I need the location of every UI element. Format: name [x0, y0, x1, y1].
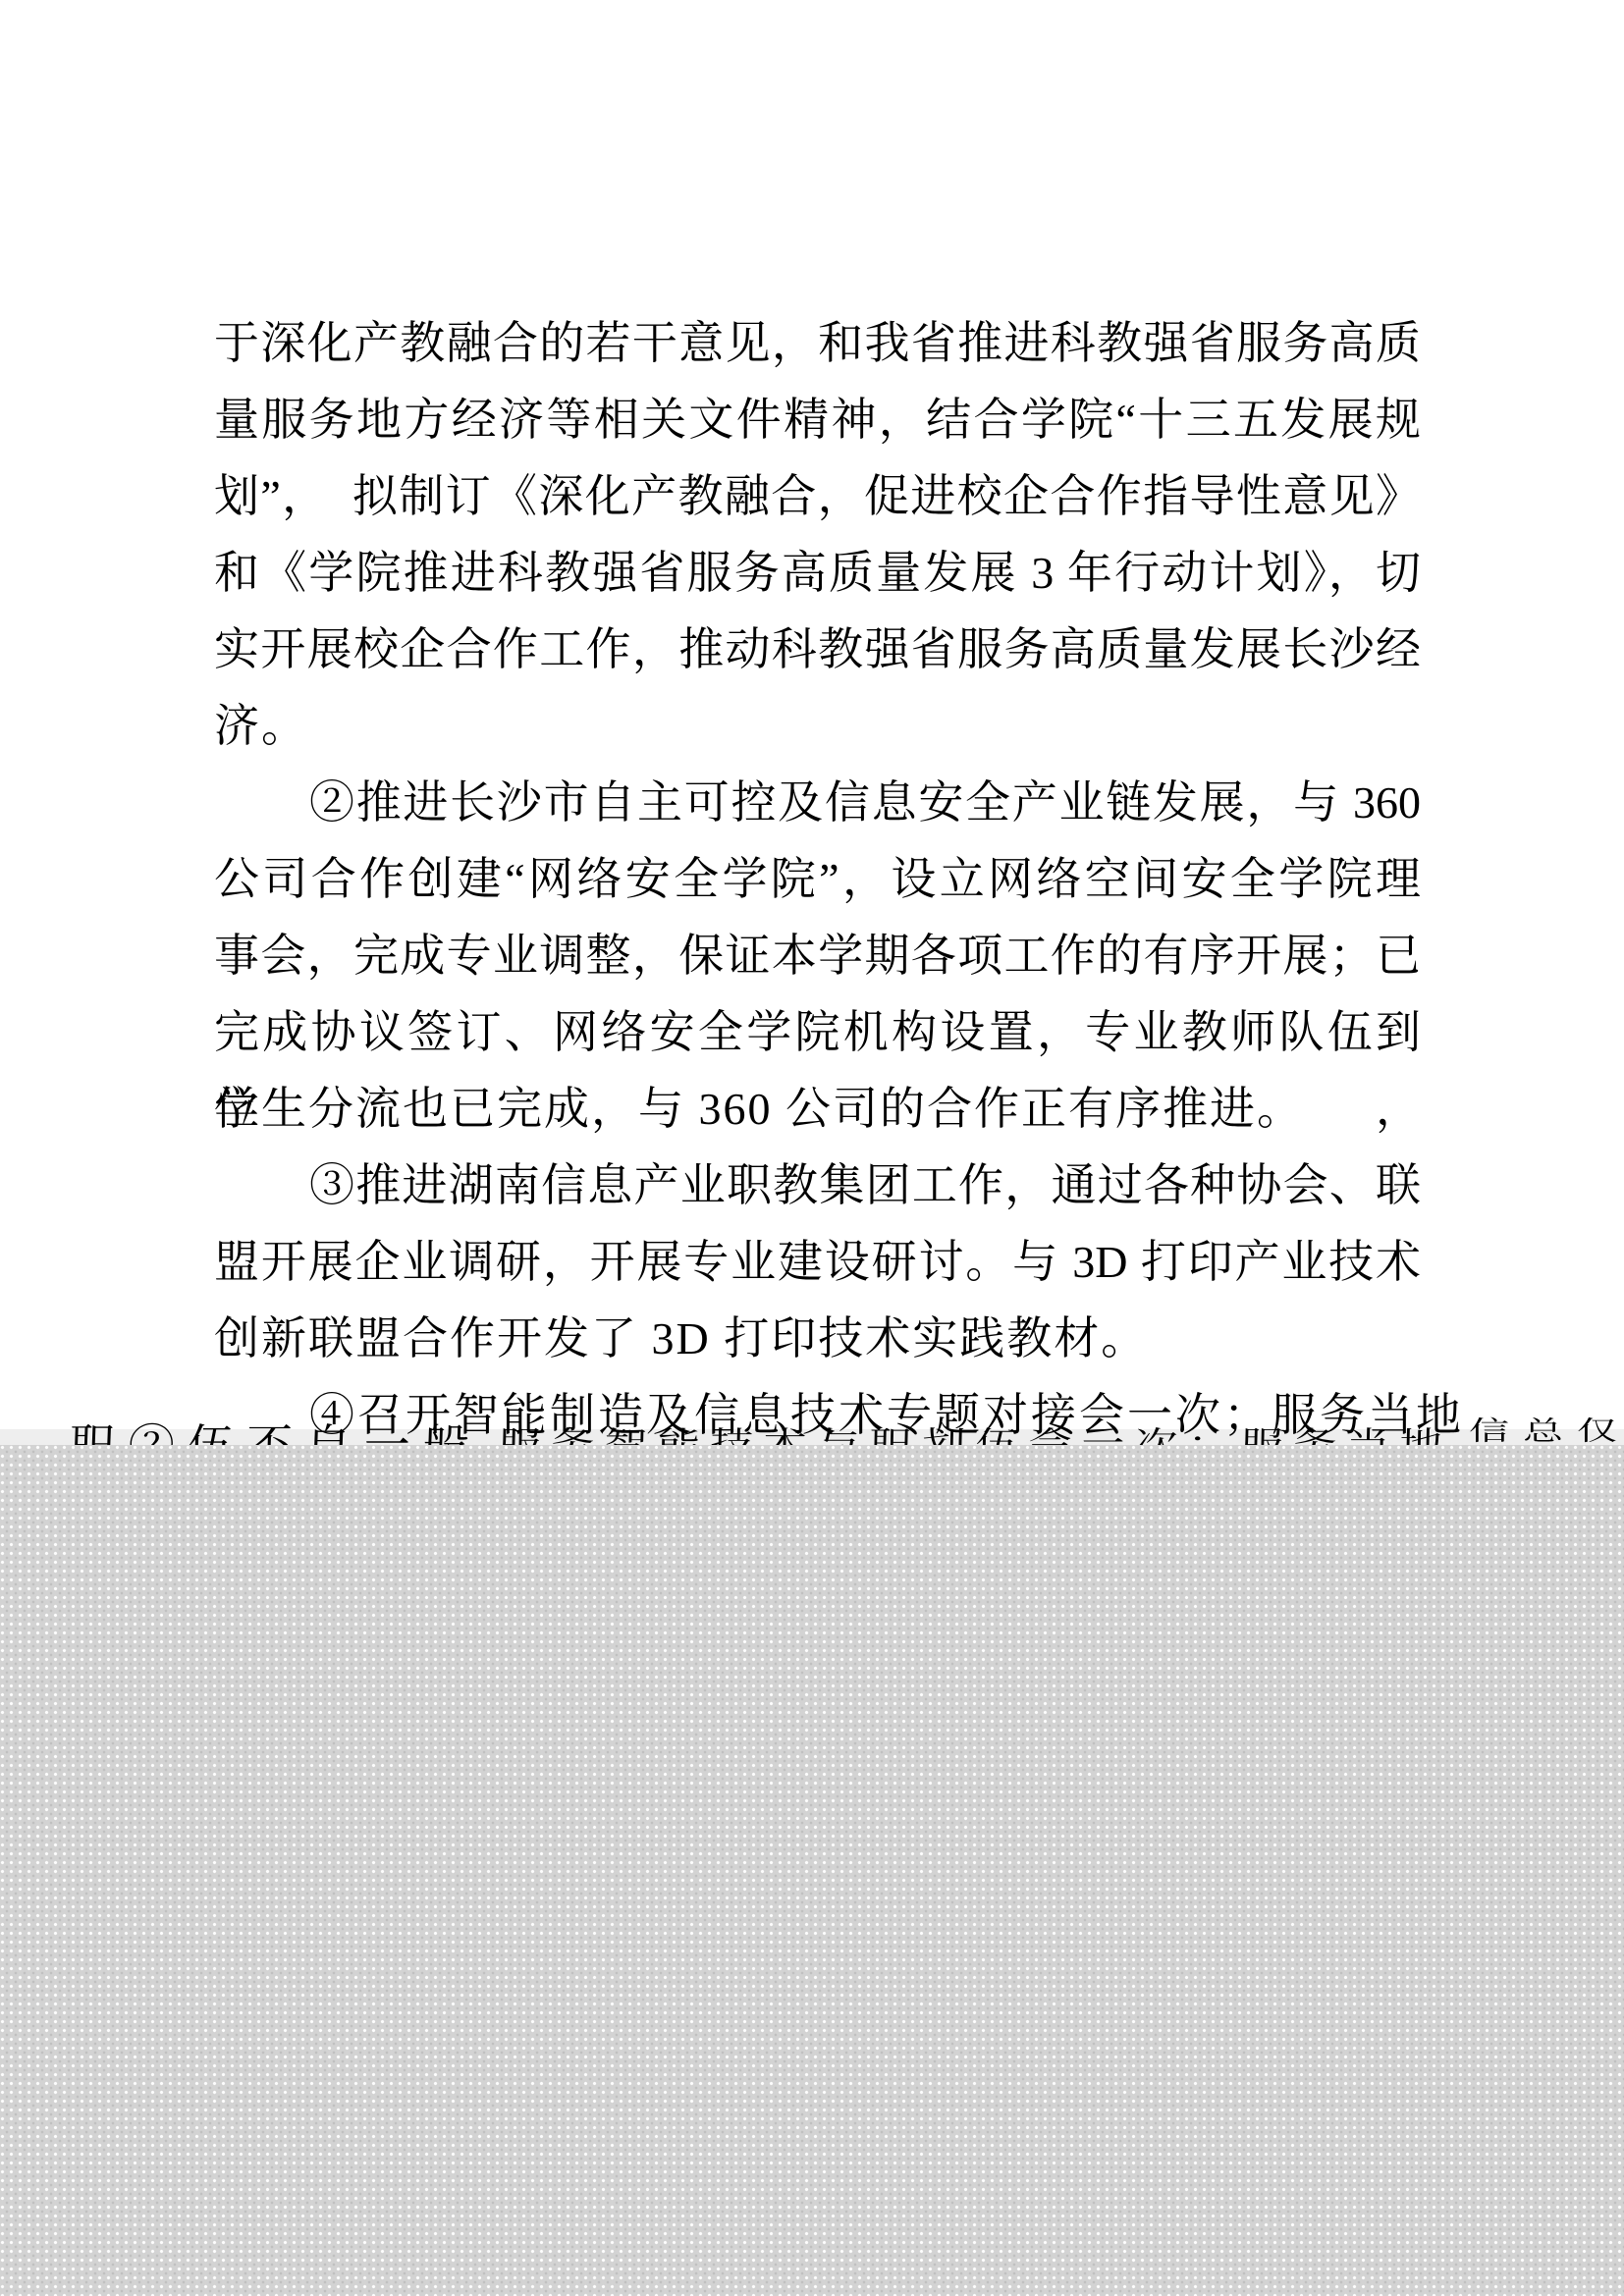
text-line-paragraph-end: 学生分流也已完成，与 360 公司的合作正有序推进。 [214, 1071, 1421, 1148]
text-line: 公司合作创建“网络安全学院”，设立网络空间安全学院理 [214, 841, 1421, 918]
text-line: 完成协议签订、网络安全学院机构设置，专业教师队伍到位， [214, 994, 1421, 1071]
text-line-paragraph-start: ②推进长沙市自主可控及信息安全产业链发展，与 360 [214, 765, 1421, 841]
text-line-paragraph-end: 创新联盟合作开发了 3D 打印技术实践教材。 [214, 1301, 1421, 1377]
text-line: 划”， 拟制订《深化产教融合，促进校企合作指导性意见》 [214, 458, 1421, 535]
glitch-text-fragment-right: 信总仅小不 [1469, 1410, 1624, 1448]
document-page: 于深化产教融合的若干意见，和我省推进科教强省服务高质 量服务地方经济等相关文件精… [0, 0, 1624, 2296]
text-line: 实开展校企合作工作，推动科教强省服务高质量发展长沙经 [214, 612, 1421, 688]
text-line: 事会，完成专业调整，保证本学期各项工作的有序开展；已 [214, 918, 1421, 994]
text-line: 于深化产教融合的若干意见，和我省推进科教强省服务高质 [214, 305, 1421, 382]
text-line: 盟开展企业调研，开展专业建设研讨。与 3D 打印产业技术 [214, 1224, 1421, 1301]
text-block: 于深化产教融合的若干意见，和我省推进科教强省服务高质 量服务地方经济等相关文件精… [214, 305, 1421, 1454]
text-line: 和《学院推进科教强省服务高质量发展 3 年行动计划》，切 [214, 535, 1421, 612]
text-line-paragraph-end: 济。 [214, 688, 1421, 765]
text-line-paragraph-start: ③推进湖南信息产业职教集团工作，通过各种协会、联 [214, 1148, 1421, 1224]
text-line: 量服务地方经济等相关文件精神，结合学院“十三五发展规 [214, 382, 1421, 458]
scan-artifact-gray-block [0, 1445, 1624, 2296]
